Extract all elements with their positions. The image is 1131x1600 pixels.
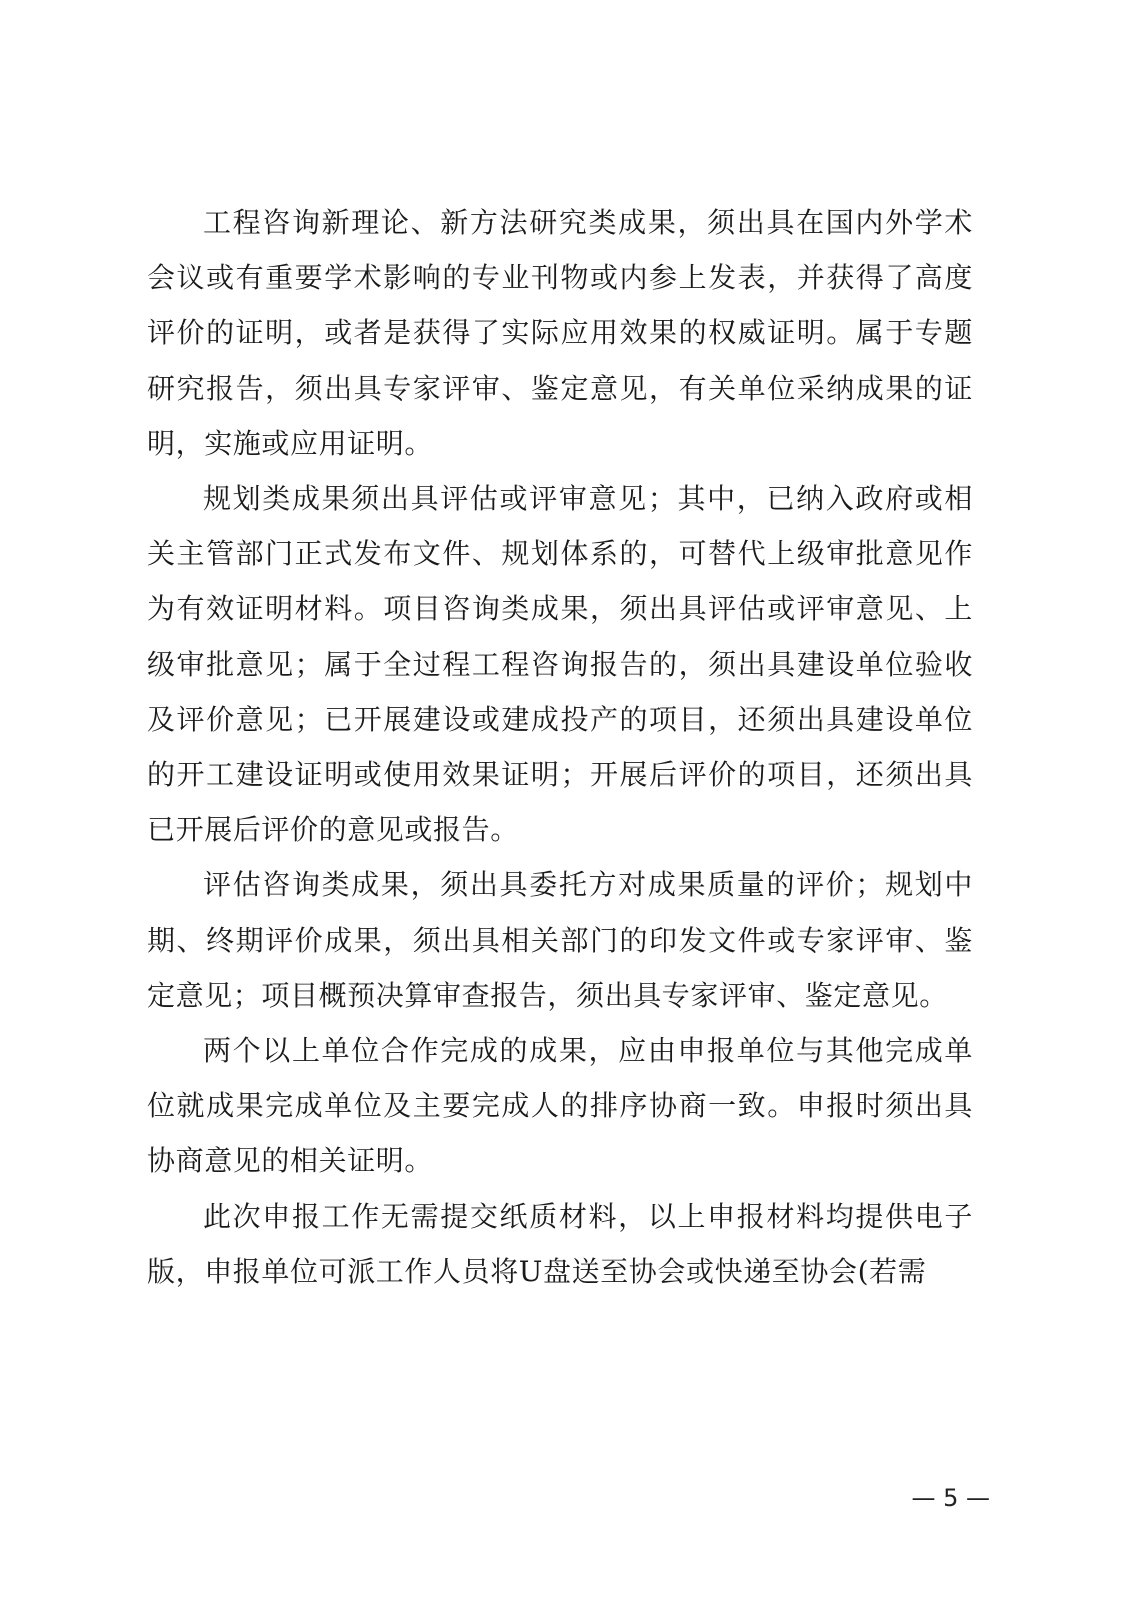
paragraph-evaluation-results: 评估咨询类成果，须出具委托方对成果质量的评价；规划中期、终期评价成果，须出具相关… bbox=[147, 857, 973, 1023]
paragraph-planning-results: 规划类成果须出具评估或评审意见；其中，已纳入政府或相关主管部门正式发布文件、规划… bbox=[147, 471, 973, 857]
paragraph-submission-method: 此次申报工作无需提交纸质材料，以上申报材料均提供电子版，申报单位可派工作人员将U… bbox=[147, 1189, 973, 1299]
page-number: — 5 — bbox=[890, 1484, 990, 1512]
document-body: 工程咨询新理论、新方法研究类成果，须出具在国内外学术会议或有重要学术影响的专业刊… bbox=[147, 195, 973, 1299]
paragraph-joint-results: 两个以上单位合作完成的成果，应由申报单位与其他完成单位就成果完成单位及主要完成人… bbox=[147, 1023, 973, 1189]
paragraph-research-results: 工程咨询新理论、新方法研究类成果，须出具在国内外学术会议或有重要学术影响的专业刊… bbox=[147, 195, 973, 471]
document-page: 工程咨询新理论、新方法研究类成果，须出具在国内外学术会议或有重要学术影响的专业刊… bbox=[0, 0, 1131, 1600]
